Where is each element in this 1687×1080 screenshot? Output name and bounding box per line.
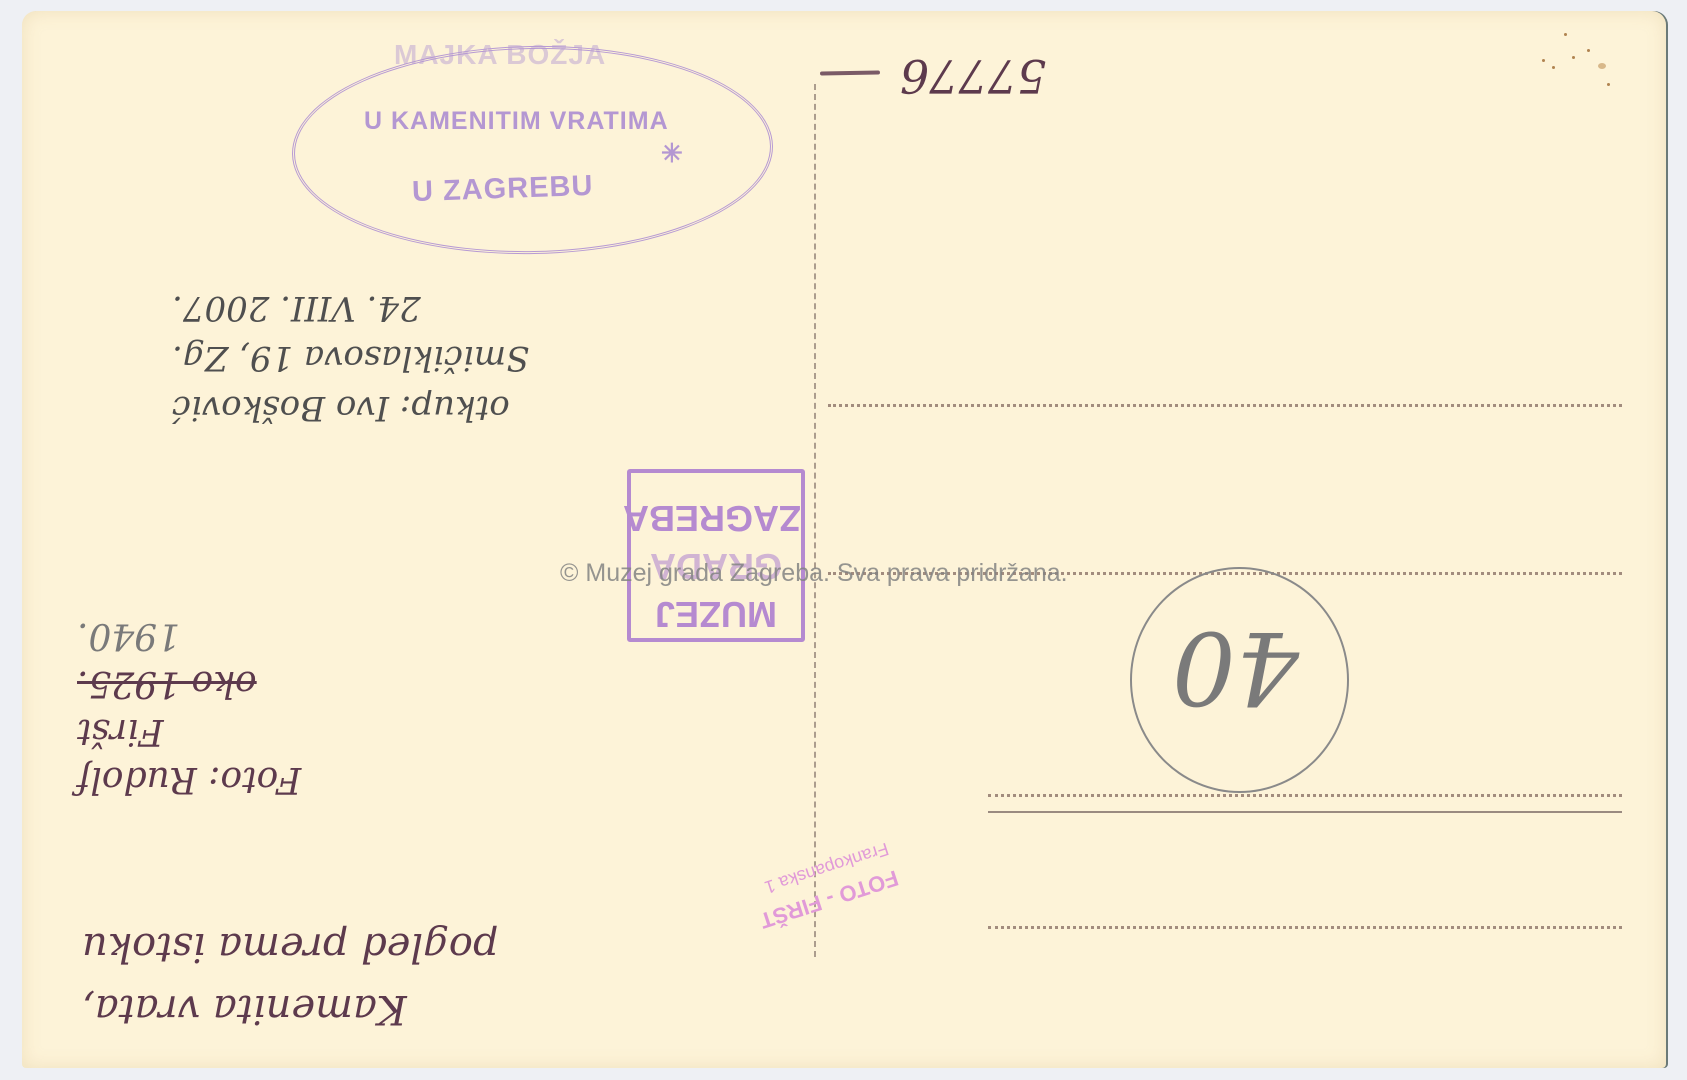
photo-credit-line3: oko 1925.	[77, 659, 517, 707]
photo-credit-line1: Foto: Rudolf	[77, 755, 517, 803]
center-divider	[814, 84, 816, 957]
inventory-number: 57776	[900, 49, 1046, 103]
photographer-stamp: FOTO - FIRŠT Frankopanska 1	[747, 834, 902, 936]
address-line-4	[988, 926, 1622, 929]
stamp-oval-line1: MAJKA BOŽJA	[394, 39, 606, 71]
church-oval-stamp	[290, 42, 775, 258]
divider-tick	[820, 70, 880, 75]
star-icon: ✳	[661, 138, 684, 169]
museum-stamp: MUZEJ GRADA ZAGREBA	[627, 469, 805, 642]
postcard-back: MAJKA BOŽJA U KAMENITIM VRATIMA ✳ U ZAGR…	[22, 11, 1666, 1068]
circled-number-text: 40	[1172, 609, 1299, 726]
stamp-oval-line2: U KAMENITIM VRATIMA	[364, 107, 669, 136]
caption-line1: Kamenita vrata,	[82, 978, 642, 1040]
circled-number: 40	[1130, 567, 1349, 793]
stamp-oval-line3: U ZAGREBU	[411, 170, 593, 209]
address-line-1	[828, 404, 1622, 407]
acquisition-line-3: 24. VIII. 2007.	[172, 283, 602, 333]
caption-note: Kamenita vrata, pogled prema istoku	[82, 916, 642, 1040]
photo-credit-note: Foto: Rudolf Firšt oko 1925. 1940.	[77, 611, 517, 803]
copyright-watermark: © Muzej grada Zagreba. Sva prava pridrža…	[560, 559, 1068, 588]
caption-line2: pogled prema istoku	[82, 916, 642, 978]
address-line-3	[988, 794, 1622, 797]
acquisition-note: otkup: Ivo Bošković Smičiklasova 19, Zg.…	[172, 283, 602, 433]
acquisition-line-1: otkup: Ivo Bošković	[172, 383, 602, 433]
acquisition-line-2: Smičiklasova 19, Zg.	[172, 333, 602, 383]
photo-credit-line2: Firšt	[77, 707, 517, 755]
photo-credit-year: 1940.	[77, 611, 517, 659]
museum-stamp-line3: ZAGREBA	[631, 494, 801, 542]
museum-stamp-line1: MUZEJ	[631, 590, 801, 638]
address-underline	[988, 811, 1622, 813]
